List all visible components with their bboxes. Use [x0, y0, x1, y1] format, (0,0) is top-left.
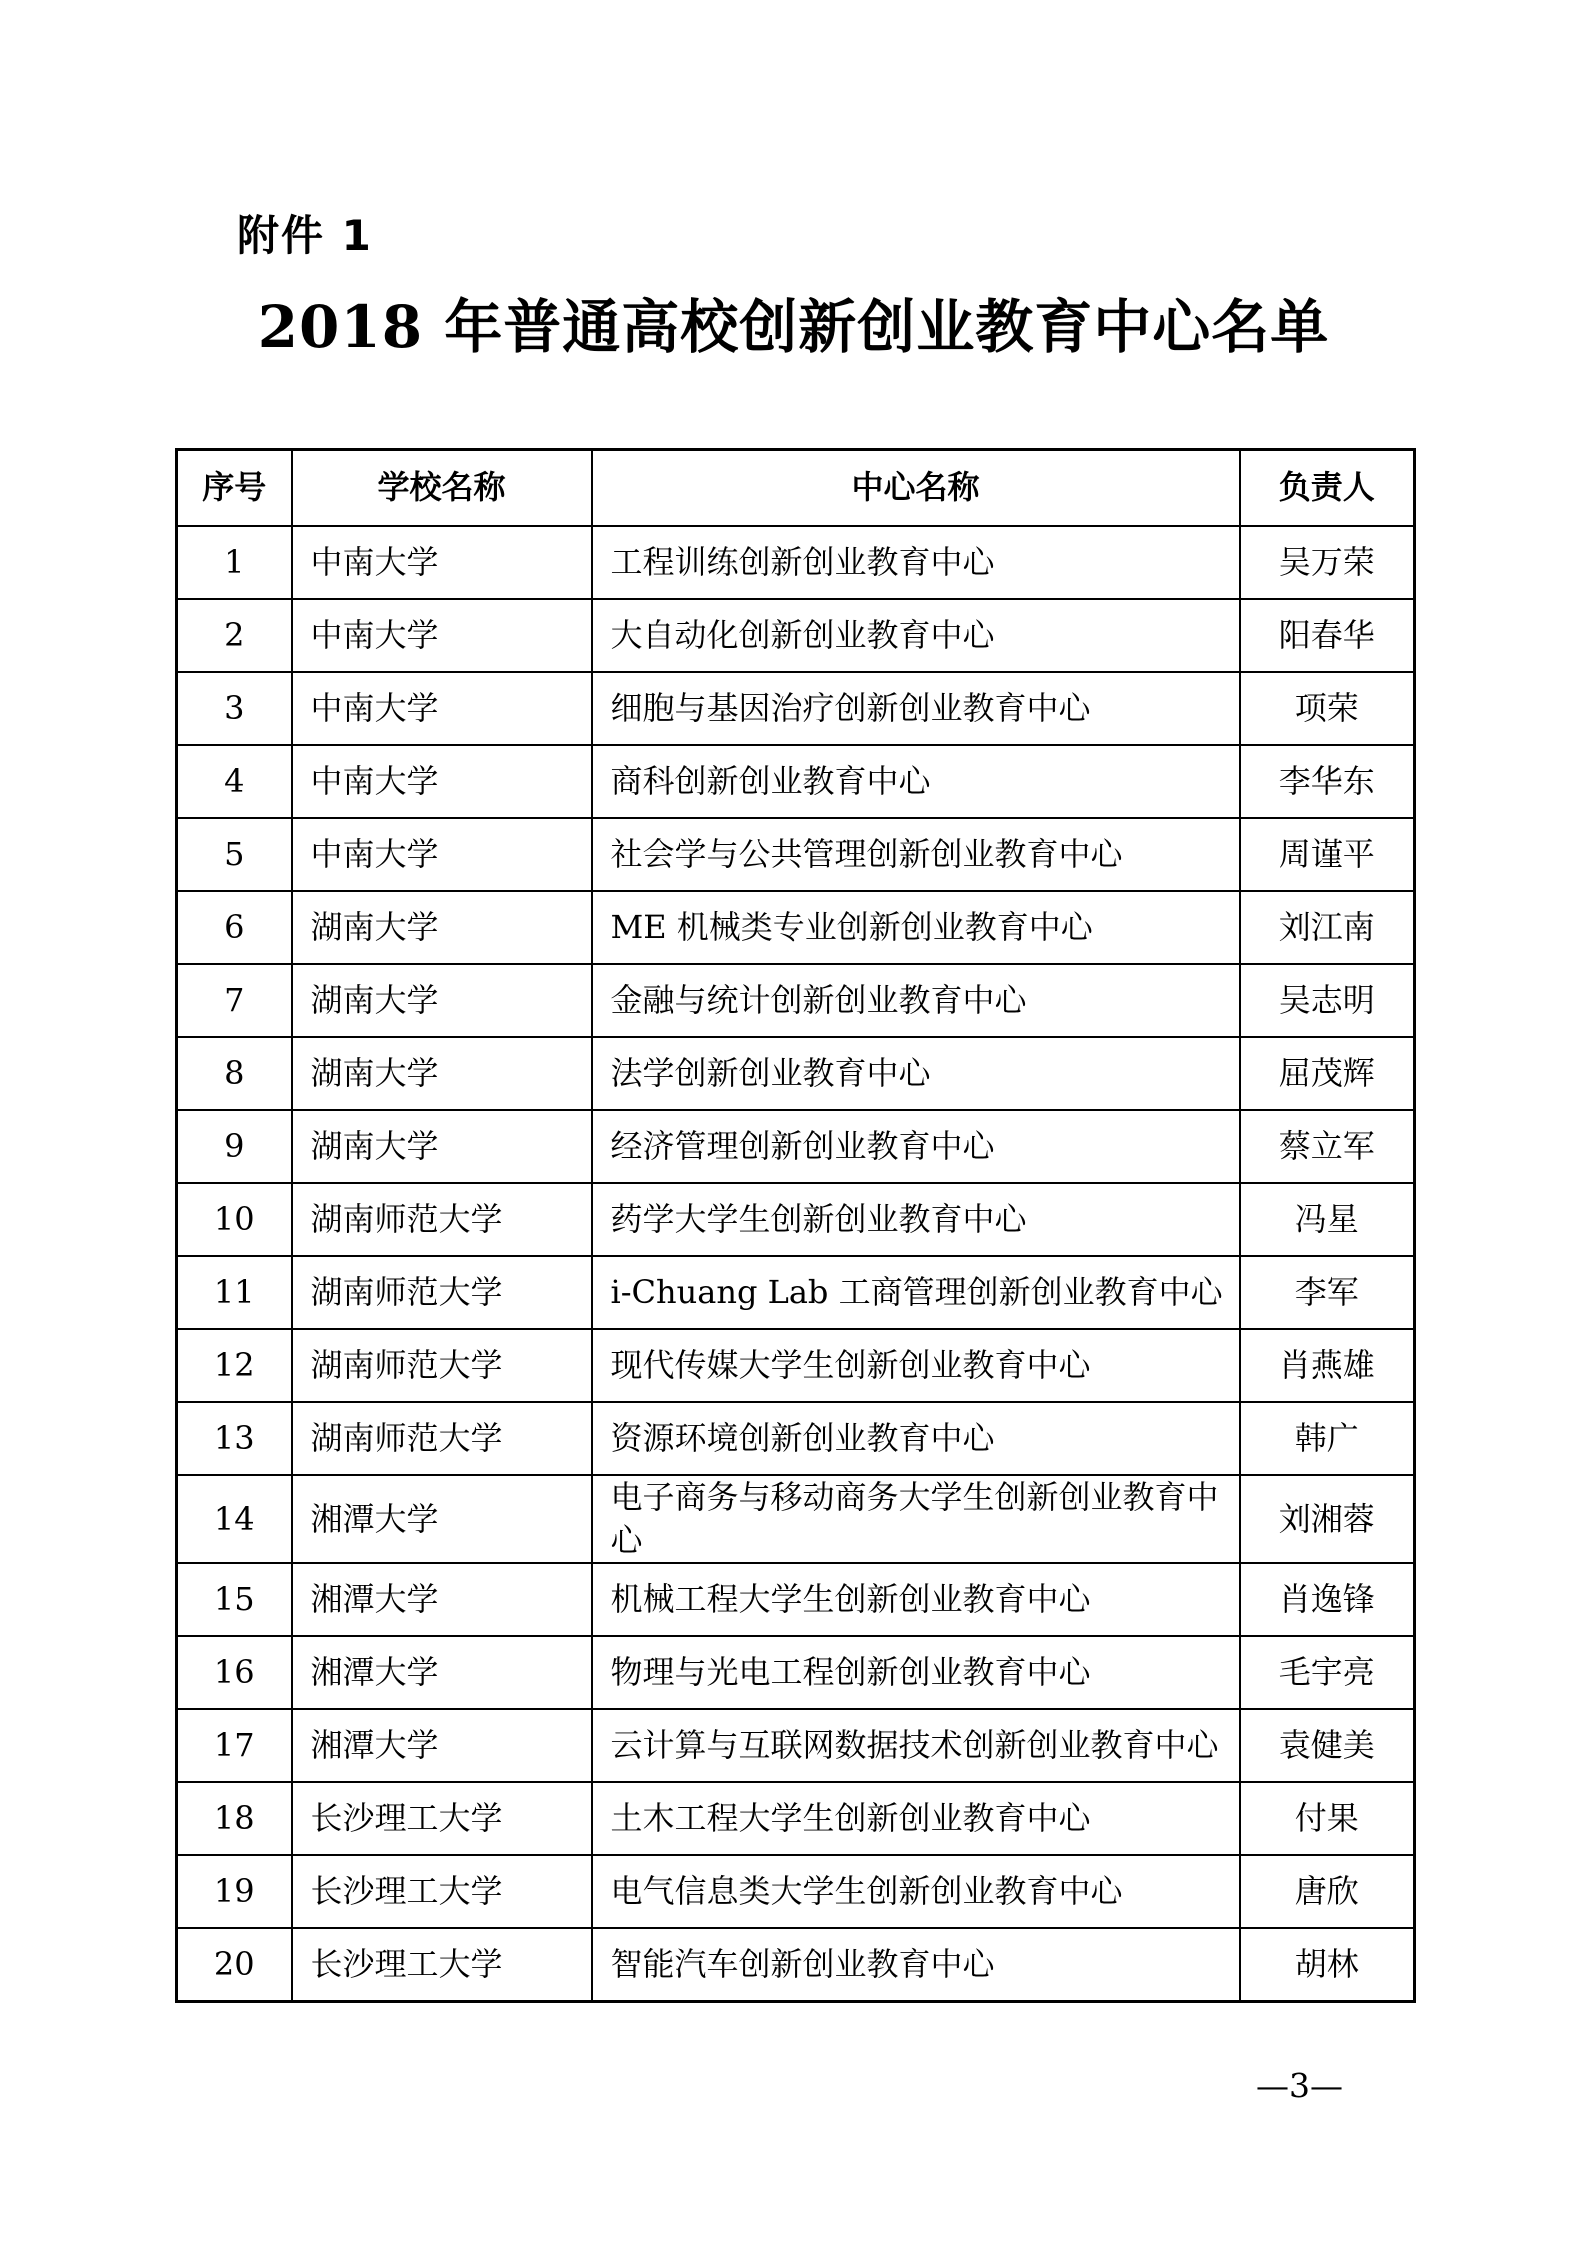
center-name: 智能汽车创新创业教育中心 — [592, 1928, 1240, 2002]
leader-name: 吴志明 — [1240, 964, 1415, 1037]
school-name: 湖南师范大学 — [292, 1183, 592, 1256]
center-name: 大自动化创新创业教育中心 — [592, 599, 1240, 672]
table-row: 15 湘潭大学 机械工程大学生创新创业教育中心 肖逸锋 — [177, 1563, 1415, 1636]
table-row: 3 中南大学 细胞与基因治疗创新创业教育中心 项荣 — [177, 672, 1415, 745]
center-name: 机械工程大学生创新创业教育中心 — [592, 1563, 1240, 1636]
school-name: 湖南大学 — [292, 1037, 592, 1110]
table-row: 4 中南大学 商科创新创业教育中心 李华东 — [177, 745, 1415, 818]
table-header: 序号 学校名称 中心名称 负责人 — [177, 450, 1415, 527]
leader-name: 冯星 — [1240, 1183, 1415, 1256]
row-number: 3 — [177, 672, 292, 745]
leader-name: 付果 — [1240, 1782, 1415, 1855]
school-name: 湖南大学 — [292, 891, 592, 964]
row-number: 12 — [177, 1329, 292, 1402]
school-name: 中南大学 — [292, 526, 592, 599]
table-header-row: 序号 学校名称 中心名称 负责人 — [177, 450, 1415, 527]
table-row: 1 中南大学 工程训练创新创业教育中心 吴万荣 — [177, 526, 1415, 599]
table-row: 17 湘潭大学 云计算与互联网数据技术创新创业教育中心 袁健美 — [177, 1709, 1415, 1782]
row-number: 17 — [177, 1709, 292, 1782]
row-number: 1 — [177, 526, 292, 599]
table-row: 20 长沙理工大学 智能汽车创新创业教育中心 胡林 — [177, 1928, 1415, 2002]
header-school: 学校名称 — [292, 450, 592, 527]
school-name: 湘潭大学 — [292, 1563, 592, 1636]
center-name: 经济管理创新创业教育中心 — [592, 1110, 1240, 1183]
table-row: 12 湖南师范大学 现代传媒大学生创新创业教育中心 肖燕雄 — [177, 1329, 1415, 1402]
school-name: 长沙理工大学 — [292, 1855, 592, 1928]
row-number: 14 — [177, 1475, 292, 1563]
header-no: 序号 — [177, 450, 292, 527]
center-name: 云计算与互联网数据技术创新创业教育中心 — [592, 1709, 1240, 1782]
table-row: 5 中南大学 社会学与公共管理创新创业教育中心 周谨平 — [177, 818, 1415, 891]
school-name: 湖南大学 — [292, 1110, 592, 1183]
page-number: —3— — [1256, 2066, 1343, 2105]
school-name: 湘潭大学 — [292, 1709, 592, 1782]
school-name: 中南大学 — [292, 672, 592, 745]
center-name: 土木工程大学生创新创业教育中心 — [592, 1782, 1240, 1855]
leader-name: 周谨平 — [1240, 818, 1415, 891]
row-number: 13 — [177, 1402, 292, 1475]
row-number: 16 — [177, 1636, 292, 1709]
leader-name: 胡林 — [1240, 1928, 1415, 2002]
leader-name: 毛宇亮 — [1240, 1636, 1415, 1709]
row-number: 5 — [177, 818, 292, 891]
school-name: 湖南师范大学 — [292, 1329, 592, 1402]
center-name: 法学创新创业教育中心 — [592, 1037, 1240, 1110]
leader-name: 李华东 — [1240, 745, 1415, 818]
row-number: 2 — [177, 599, 292, 672]
table-body: 1 中南大学 工程训练创新创业教育中心 吴万荣 2 中南大学 大自动化创新创业教… — [177, 526, 1415, 2002]
school-name: 长沙理工大学 — [292, 1928, 592, 2002]
school-name: 中南大学 — [292, 745, 592, 818]
table-row: 16 湘潭大学 物理与光电工程创新创业教育中心 毛宇亮 — [177, 1636, 1415, 1709]
row-number: 11 — [177, 1256, 292, 1329]
center-name: 物理与光电工程创新创业教育中心 — [592, 1636, 1240, 1709]
leader-name: 刘江南 — [1240, 891, 1415, 964]
row-number: 6 — [177, 891, 292, 964]
center-name: 现代传媒大学生创新创业教育中心 — [592, 1329, 1240, 1402]
attachment-label: 附件 1 — [237, 203, 373, 263]
table-row: 19 长沙理工大学 电气信息类大学生创新创业教育中心 唐欣 — [177, 1855, 1415, 1928]
row-number: 4 — [177, 745, 292, 818]
row-number: 18 — [177, 1782, 292, 1855]
row-number: 10 — [177, 1183, 292, 1256]
center-name: 社会学与公共管理创新创业教育中心 — [592, 818, 1240, 891]
center-name: 商科创新创业教育中心 — [592, 745, 1240, 818]
leader-name: 阳春华 — [1240, 599, 1415, 672]
leader-name: 唐欣 — [1240, 1855, 1415, 1928]
table-row: 14 湘潭大学 电子商务与移动商务大学生创新创业教育中心 刘湘蓉 — [177, 1475, 1415, 1563]
leader-name: 肖逸锋 — [1240, 1563, 1415, 1636]
leader-name: 肖燕雄 — [1240, 1329, 1415, 1402]
document-page: 附件 1 2018 年普通高校创新创业教育中心名单 序号 学校名称 中心名称 负… — [0, 0, 1587, 2245]
school-name: 中南大学 — [292, 599, 592, 672]
school-name: 长沙理工大学 — [292, 1782, 592, 1855]
school-name: 湖南大学 — [292, 964, 592, 1037]
school-name: 湖南师范大学 — [292, 1256, 592, 1329]
leader-name: 吴万荣 — [1240, 526, 1415, 599]
table-row: 10 湖南师范大学 药学大学生创新创业教育中心 冯星 — [177, 1183, 1415, 1256]
page-title: 2018 年普通高校创新创业教育中心名单 — [0, 280, 1587, 364]
row-number: 7 — [177, 964, 292, 1037]
table-row: 8 湖南大学 法学创新创业教育中心 屈茂辉 — [177, 1037, 1415, 1110]
row-number: 8 — [177, 1037, 292, 1110]
leader-name: 蔡立军 — [1240, 1110, 1415, 1183]
table-row: 11 湖南师范大学 i-Chuang Lab 工商管理创新创业教育中心 李军 — [177, 1256, 1415, 1329]
row-number: 15 — [177, 1563, 292, 1636]
table-row: 6 湖南大学 ME 机械类专业创新创业教育中心 刘江南 — [177, 891, 1415, 964]
leader-name: 屈茂辉 — [1240, 1037, 1415, 1110]
row-number: 9 — [177, 1110, 292, 1183]
header-center: 中心名称 — [592, 450, 1240, 527]
header-leader: 负责人 — [1240, 450, 1415, 527]
row-number: 20 — [177, 1928, 292, 2002]
row-number: 19 — [177, 1855, 292, 1928]
center-name: 工程训练创新创业教育中心 — [592, 526, 1240, 599]
leader-name: 李军 — [1240, 1256, 1415, 1329]
center-name: 金融与统计创新创业教育中心 — [592, 964, 1240, 1037]
center-name: 电子商务与移动商务大学生创新创业教育中心 — [592, 1475, 1240, 1563]
center-name: 药学大学生创新创业教育中心 — [592, 1183, 1240, 1256]
center-name: i-Chuang Lab 工商管理创新创业教育中心 — [592, 1256, 1240, 1329]
table-row: 18 长沙理工大学 土木工程大学生创新创业教育中心 付果 — [177, 1782, 1415, 1855]
school-name: 中南大学 — [292, 818, 592, 891]
leader-name: 刘湘蓉 — [1240, 1475, 1415, 1563]
leader-name: 项荣 — [1240, 672, 1415, 745]
center-name: 资源环境创新创业教育中心 — [592, 1402, 1240, 1475]
center-name: 电气信息类大学生创新创业教育中心 — [592, 1855, 1240, 1928]
table-row: 7 湖南大学 金融与统计创新创业教育中心 吴志明 — [177, 964, 1415, 1037]
table-row: 2 中南大学 大自动化创新创业教育中心 阳春华 — [177, 599, 1415, 672]
leader-name: 袁健美 — [1240, 1709, 1415, 1782]
center-table: 序号 学校名称 中心名称 负责人 1 中南大学 工程训练创新创业教育中心 吴万荣… — [175, 448, 1416, 2003]
school-name: 湖南师范大学 — [292, 1402, 592, 1475]
center-name: 细胞与基因治疗创新创业教育中心 — [592, 672, 1240, 745]
school-name: 湘潭大学 — [292, 1475, 592, 1563]
leader-name: 韩广 — [1240, 1402, 1415, 1475]
table-row: 9 湖南大学 经济管理创新创业教育中心 蔡立军 — [177, 1110, 1415, 1183]
table-row: 13 湖南师范大学 资源环境创新创业教育中心 韩广 — [177, 1402, 1415, 1475]
school-name: 湘潭大学 — [292, 1636, 592, 1709]
center-name: ME 机械类专业创新创业教育中心 — [592, 891, 1240, 964]
